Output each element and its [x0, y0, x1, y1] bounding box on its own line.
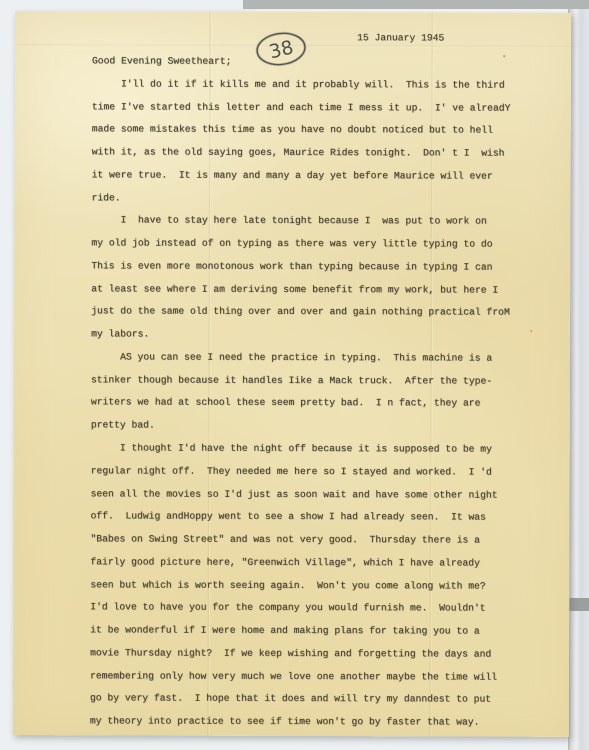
- letter-line: remembering only how very much we love o…: [90, 665, 550, 689]
- letter-line: off. Ludwig andHoppy went to see a show …: [91, 506, 551, 530]
- letter-line: ride.: [92, 187, 552, 211]
- letter-line: I thought I'd have the night off because…: [91, 437, 551, 461]
- letter-line: it be wonderful if I were home and makin…: [90, 620, 550, 644]
- letter-body: Good Evening Sweetheart; I'll do it if i…: [90, 50, 552, 734]
- letter-line: my theory into practice to see if time w…: [90, 711, 550, 735]
- letter-line: go by very fast. I hope that it does and…: [90, 688, 550, 712]
- letter-line: I'd love to have you for the company you…: [90, 597, 550, 621]
- background-right-tab: [569, 598, 589, 611]
- letter-line: with it, as the old saying goes, Maurice…: [92, 141, 552, 165]
- letter-line: my labors.: [91, 324, 551, 348]
- letter-line: regular night off. They needed me here s…: [91, 460, 551, 484]
- letter-line: at least see where I am deriving some be…: [91, 278, 551, 302]
- letter-page: 15 January 1945 38 Good Evening Sweethea…: [13, 11, 571, 737]
- background-gray-band: [243, 0, 589, 9]
- letter-line: stinker though because it handles Iike a…: [91, 369, 551, 393]
- letter-line: my old job instead of on typing as there…: [91, 232, 551, 256]
- letter-line: Good Evening Sweetheart;: [92, 50, 552, 74]
- letter-line: I'll do it if it kills me and it probabl…: [92, 73, 552, 97]
- letter-line: made some mistakes this time as you have…: [92, 119, 552, 143]
- letter-line: This is even more monotonous work than t…: [91, 255, 551, 279]
- letter-line: I have to stay here late tonight because…: [91, 210, 551, 234]
- letter-line: writers we had at school these seem pret…: [91, 392, 551, 416]
- letter-line: movie Thursday night? If we keep wishing…: [90, 642, 550, 666]
- letter-date: 15 January 1945: [357, 32, 444, 43]
- letter-line: just do the same old thing over and over…: [91, 301, 551, 325]
- letter-line: seen all the movies so I'd just as soon …: [91, 483, 551, 507]
- letter-line: "Babes on Swing Street" and was not very…: [90, 528, 550, 552]
- letter-line: time I've started this letter and each t…: [92, 96, 552, 120]
- letter-line: it were true. It is many and many a day …: [92, 164, 552, 188]
- letter-line: AS you can see I need the practice in ty…: [91, 346, 551, 370]
- letter-line: pretty bad.: [91, 415, 551, 439]
- background-right-strip: [568, 0, 589, 750]
- letter-line: fairly good picture here, "Greenwich Vil…: [90, 551, 550, 575]
- letter-line: seen but which is worth seeing again. Wo…: [90, 574, 550, 598]
